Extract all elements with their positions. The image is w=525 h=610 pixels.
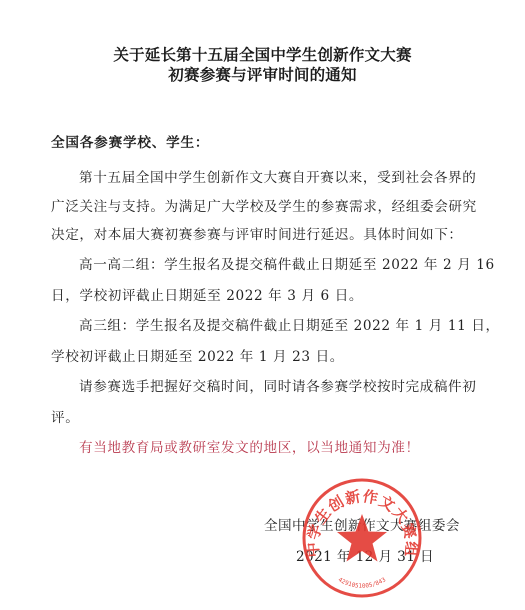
body-line: 请参赛选手把握好交稿时间，同时请各参赛学校按时完成稿件初 (79, 378, 476, 396)
body-line: 高一高二组：学生报名及提交稿件截止日期延至 2022 年 2 月 16 (79, 256, 495, 274)
svg-text:4291051005/843: 4291051005/843 (337, 576, 388, 590)
local-notice-red: 有当地教育局或教研室发文的地区，以当地通知为准！ (79, 439, 420, 457)
body-line: 决定，对本届大赛初赛参赛与评审时间进行延迟。具体时间如下： (51, 226, 463, 244)
official-seal-icon: 全国中学生创新作文大赛组委会 4291051005/843 (300, 476, 424, 600)
title-line-2: 初赛参赛与评审时间的通知 (0, 63, 525, 85)
salutation: 全国各参赛学校、学生： (51, 134, 209, 152)
body-line: 日，学校初评截止日期延至 2022 年 3 月 6 日。 (51, 287, 363, 305)
body-line: 高三组：学生报名及提交稿件截止日期延至 2022 年 1 月 11 日， (79, 317, 500, 335)
title-line-1: 关于延长第十五届全国中学生创新作文大赛 (0, 43, 525, 65)
body-line: 第十五届全国中学生创新作文大赛自开赛以来，受到社会各界的 (79, 169, 476, 187)
body-line: 学校初评截止日期延至 2022 年 1 月 23 日。 (51, 348, 344, 366)
body-line: 广泛关注与支持。为满足广大学校及学生的参赛需求，经组委会研究 (51, 198, 477, 216)
body-line: 评。 (51, 409, 79, 427)
